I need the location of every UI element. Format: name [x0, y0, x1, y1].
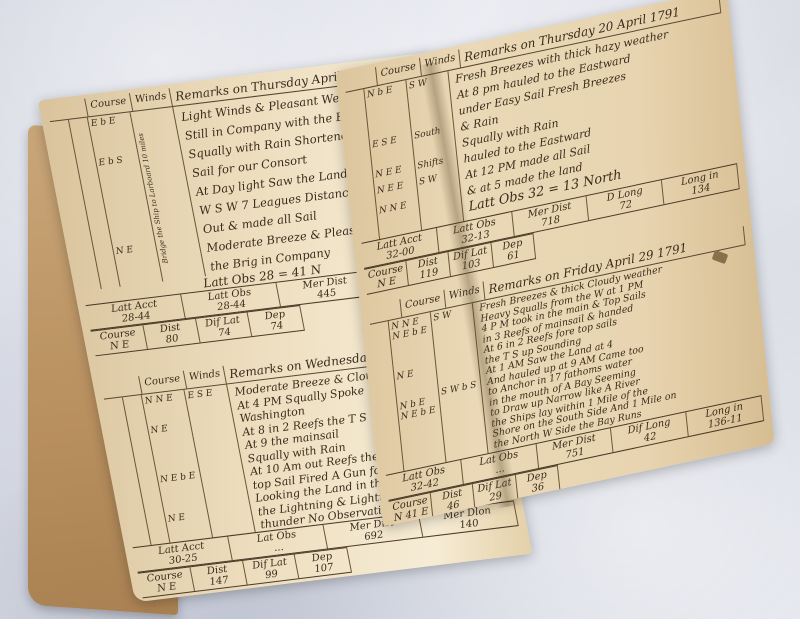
right-page: Course Winds Remarks on Thursday 20 Apri…: [335, 0, 774, 527]
